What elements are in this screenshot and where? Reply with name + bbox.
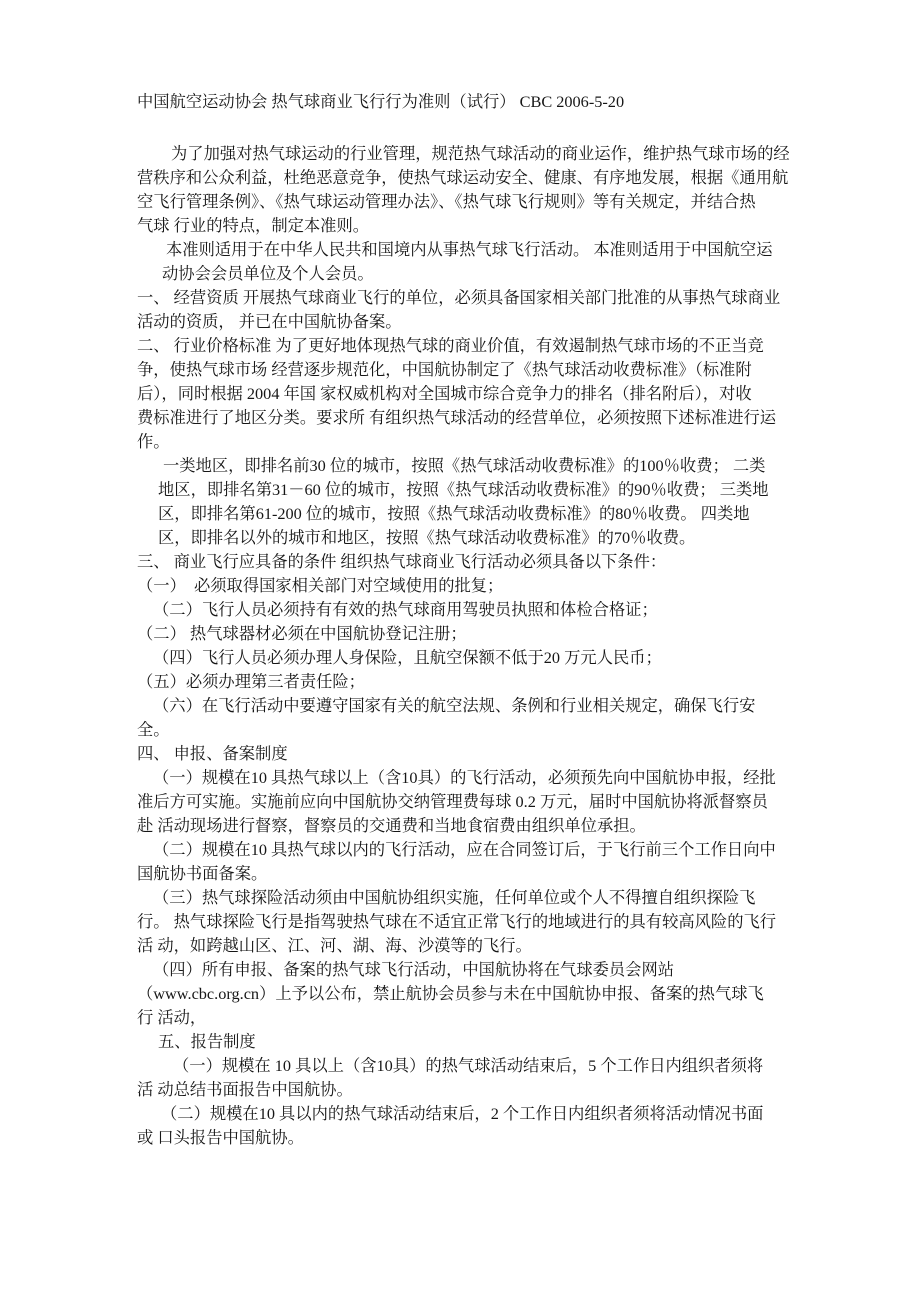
text-line: （一）规模在10 具热气球以上（含10具）的飞行活动，必须预先向中国航协申报，经… xyxy=(137,766,807,790)
text-line: 争，使热气球市场 经营逐步规范化，中国航协制定了《热气球活动收费标准》（标准附 xyxy=(137,358,807,382)
text-line: 四、 申报、备案制度 xyxy=(137,742,807,766)
text-line: 二、 行业价格标准 为了更好地体现热气球的商业价值，有效遏制热气球市场的不正当竞 xyxy=(137,334,807,358)
text-line: 国航协书面备案。 xyxy=(137,862,807,886)
text-line: （四）所有申报、备案的热气球飞行活动，中国航协将在气球委员会网站 xyxy=(137,958,807,982)
text-line: 动协会会员单位及个人会员。 xyxy=(137,262,807,286)
text-line: 行。 热气球探险飞行是指驾驶热气球在不适宜正常飞行的地域进行的具有较高风险的飞行 xyxy=(137,910,807,934)
document-content: 中国航空运动协会 热气球商业飞行行为准则（试行） CBC 2006-5-20 为… xyxy=(137,90,807,1150)
text-line: 或 口头报告中国航协。 xyxy=(137,1126,807,1150)
text-line: 区，即排名以外的城市和地区，按照《热气球活动收费标准》的70％收费。 xyxy=(137,526,807,550)
document-body: 为了加强对热气球运动的行业管理，规范热气球活动的商业运作，维护热气球市场的经营秩… xyxy=(137,142,807,1150)
text-line: 空飞行管理条例》、《热气球运动管理办法》、《热气球飞行规则》等有关规定，并结合热 xyxy=(137,190,807,214)
text-line: 三、 商业飞行应具备的条件 组织热气球商业飞行活动必须具备以下条件： xyxy=(137,550,807,574)
text-line: 地区，即排名第31－60 位的城市，按照《热气球活动收费标准》的90％收费； 三… xyxy=(137,478,807,502)
text-line: 作。 xyxy=(137,430,807,454)
text-line: 气球 行业的特点，制定本准则。 xyxy=(137,214,807,238)
text-line: 一类地区，即排名前30 位的城市，按照《热气球活动收费标准》的100％收费； 二… xyxy=(137,454,807,478)
text-line: （三）热气球探险活动须由中国航协组织实施，任何单位或个人不得擅自组织探险飞 xyxy=(137,886,807,910)
text-line: （一）规模在 10 具以上（含10具）的热气球活动结束后，5 个工作日内组织者须… xyxy=(137,1054,807,1078)
text-line: 后），同时根据 2004 年国 家权威机构对全国城市综合竞争力的排名（排名附后）… xyxy=(137,382,807,406)
document-page: 中国航空运动协会 热气球商业飞行行为准则（试行） CBC 2006-5-20 为… xyxy=(0,0,920,1302)
text-line: （五）必须办理第三者责任险； xyxy=(137,670,807,694)
text-line: （二）规模在10 具以内的热气球活动结束后，2 个工作日内组织者须将活动情况书面 xyxy=(137,1102,807,1126)
text-line: 区，即排名第61-200 位的城市，按照《热气球活动收费标准》的80％收费。 四… xyxy=(137,502,807,526)
text-line: 全。 xyxy=(137,718,807,742)
text-line: 一、 经营资质 开展热气球商业飞行的单位，必须具备国家相关部门批准的从事热气球商… xyxy=(137,286,807,310)
text-line: 费标准进行了地区分类。要求所 有组织热气球活动的经营单位，必须按照下述标准进行运 xyxy=(137,406,807,430)
text-line: （一） 必须取得国家相关部门对空域使用的批复； xyxy=(137,574,807,598)
text-line: 为了加强对热气球运动的行业管理，规范热气球活动的商业运作，维护热气球市场的经 xyxy=(137,142,807,166)
text-line: 活 动，如跨越山区、江、河、湖、海、沙漠等的飞行。 xyxy=(137,934,807,958)
document-title: 中国航空运动协会 热气球商业飞行行为准则（试行） CBC 2006-5-20 xyxy=(137,90,807,114)
text-line: （二） 热气球器材必须在中国航协登记注册； xyxy=(137,622,807,646)
text-line: （www.cbc.org.cn）上予以公布，禁止航协会员参与未在中国航协申报、备… xyxy=(137,982,807,1006)
text-line: （二）规模在10 具热气球以内的飞行活动，应在合同签订后，于飞行前三个工作日向中 xyxy=(137,838,807,862)
text-line: 活 动总结书面报告中国航协。 xyxy=(137,1078,807,1102)
text-line: （四）飞行人员必须办理人身保险，且航空保额不低于20 万元人民币； xyxy=(137,646,807,670)
text-line: 五、报告制度 xyxy=(137,1030,807,1054)
text-line: 行 活动， xyxy=(137,1006,807,1030)
text-line: 活动的资质， 并已在中国航协备案。 xyxy=(137,310,807,334)
text-line: （六）在飞行活动中要遵守国家有关的航空法规、条例和行业相关规定，确保飞行安 xyxy=(137,694,807,718)
text-line: 准后方可实施。实施前应向中国航协交纳管理费每球 0.2 万元，届时中国航协将派督… xyxy=(137,790,807,814)
text-line: 本准则适用于在中华人民共和国境内从事热气球飞行活动。 本准则适用于中国航空运 xyxy=(137,238,807,262)
text-line: 营秩序和公众利益，杜绝恶意竞争，使热气球运动安全、健康、有序地发展，根据《通用航 xyxy=(137,166,807,190)
text-line: 赴 活动现场进行督察，督察员的交通费和当地食宿费由组织单位承担。 xyxy=(137,814,807,838)
text-line: （二）飞行人员必须持有有效的热气球商用驾驶员执照和体检合格证； xyxy=(137,598,807,622)
